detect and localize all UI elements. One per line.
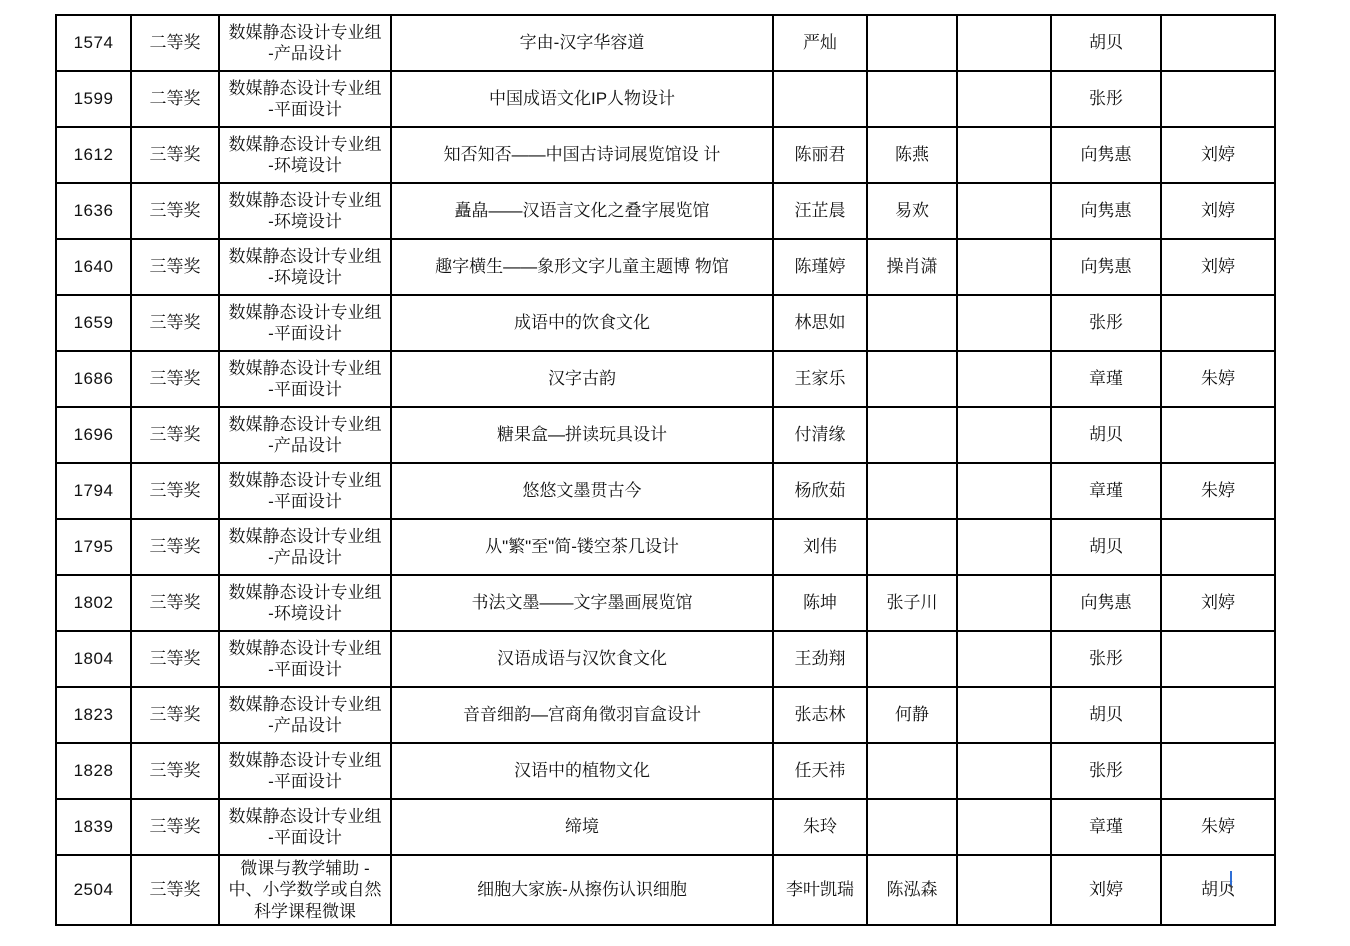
author-2-cell[interactable]: 陈燕 bbox=[867, 127, 957, 183]
author-1-cell[interactable]: 严灿 bbox=[773, 15, 867, 71]
table-row: 1659 三等奖 数媒静态设计专业组 -平面设计 成语中的饮食文化 林思如 张彤 bbox=[56, 295, 1275, 351]
award-level-cell[interactable]: 三等奖 bbox=[131, 351, 219, 407]
award-level-cell[interactable]: 三等奖 bbox=[131, 183, 219, 239]
table-row: 1794 三等奖 数媒静态设计专业组 -平面设计 悠悠文墨贯古今 杨欣茹 章瑾 … bbox=[56, 463, 1275, 519]
entry-number-cell[interactable]: 1659 bbox=[56, 295, 131, 351]
award-list-table: 1574 二等奖 数媒静态设计专业组 -产品设计 字由-汉字华容道 严灿 胡贝 … bbox=[55, 14, 1276, 926]
empty-cell[interactable] bbox=[957, 239, 1051, 295]
author-1-cell[interactable]: 杨欣茹 bbox=[773, 463, 867, 519]
advisor-1-cell[interactable]: 张彤 bbox=[1051, 71, 1161, 127]
author-1-cell[interactable]: 汪芷晨 bbox=[773, 183, 867, 239]
author-1-cell[interactable]: 李叶凯瑞 bbox=[773, 855, 867, 925]
category-cell[interactable]: 数媒静态设计专业组 -平面设计 bbox=[219, 295, 391, 351]
entry-number-cell[interactable]: 1696 bbox=[56, 407, 131, 463]
table-row: 2504 三等奖 微课与教学辅助 - 中、小学数学或自然 科学课程微课 细胞大家… bbox=[56, 855, 1275, 925]
author-1-cell[interactable]: 陈坤 bbox=[773, 575, 867, 631]
empty-cell[interactable] bbox=[957, 71, 1051, 127]
advisor-2-cell[interactable]: 刘婷 bbox=[1161, 239, 1275, 295]
author-2-cell[interactable] bbox=[867, 295, 957, 351]
advisor-2-cell[interactable] bbox=[1161, 631, 1275, 687]
category-cell[interactable]: 数媒静态设计专业组 -平面设计 bbox=[219, 463, 391, 519]
table-row: 1823 三等奖 数媒静态设计专业组 -产品设计 音音细韵—宫商角徵羽盲盒设计 … bbox=[56, 687, 1275, 743]
author-1-cell[interactable]: 朱玲 bbox=[773, 799, 867, 855]
table-row: 1804 三等奖 数媒静态设计专业组 -平面设计 汉语成语与汉饮食文化 王劲翔 … bbox=[56, 631, 1275, 687]
table-row: 1612 三等奖 数媒静态设计专业组 -环境设计 知否知否——中国古诗词展览馆设… bbox=[56, 127, 1275, 183]
work-title-cell[interactable]: 成语中的饮食文化 bbox=[391, 295, 773, 351]
author-2-cell[interactable]: 易欢 bbox=[867, 183, 957, 239]
author-2-cell[interactable] bbox=[867, 15, 957, 71]
category-cell[interactable]: 数媒静态设计专业组 -环境设计 bbox=[219, 183, 391, 239]
table-row: 1828 三等奖 数媒静态设计专业组 -平面设计 汉语中的植物文化 任天祎 张彤 bbox=[56, 743, 1275, 799]
author-2-cell[interactable] bbox=[867, 71, 957, 127]
work-title-cell[interactable]: 中国成语文化IP人物设计 bbox=[391, 71, 773, 127]
advisor-2-cell[interactable]: 刘婷 bbox=[1161, 127, 1275, 183]
table-row: 1795 三等奖 数媒静态设计专业组 -产品设计 从"繁"至"简-镂空茶几设计 … bbox=[56, 519, 1275, 575]
work-title-cell[interactable]: 细胞大家族-从擦伤认识细胞 bbox=[391, 855, 773, 925]
author-1-cell[interactable]: 刘伟 bbox=[773, 519, 867, 575]
author-2-cell[interactable] bbox=[867, 407, 957, 463]
table-row: 1640 三等奖 数媒静态设计专业组 -环境设计 趣字横生——象形文字儿童主题博… bbox=[56, 239, 1275, 295]
advisor-2-cell[interactable] bbox=[1161, 743, 1275, 799]
entry-number-cell[interactable]: 1795 bbox=[56, 519, 131, 575]
category-cell[interactable]: 数媒静态设计专业组 -产品设计 bbox=[219, 687, 391, 743]
work-title-cell[interactable]: 矗皛——汉语言文化之叠字展览馆 bbox=[391, 183, 773, 239]
entry-number-cell[interactable]: 1839 bbox=[56, 799, 131, 855]
author-2-cell[interactable] bbox=[867, 463, 957, 519]
author-1-cell[interactable]: 王劲翔 bbox=[773, 631, 867, 687]
advisor-2-cell[interactable]: 朱婷 bbox=[1161, 799, 1275, 855]
work-title-cell[interactable]: 汉字古韵 bbox=[391, 351, 773, 407]
work-title-cell[interactable]: 书法文墨——文字墨画展览馆 bbox=[391, 575, 773, 631]
advisor-1-cell[interactable]: 向隽惠 bbox=[1051, 575, 1161, 631]
advisor-1-cell[interactable]: 向隽惠 bbox=[1051, 239, 1161, 295]
author-1-cell[interactable]: 陈瑾婷 bbox=[773, 239, 867, 295]
empty-cell[interactable] bbox=[957, 743, 1051, 799]
advisor-2-cell[interactable]: 胡贝 bbox=[1161, 855, 1275, 925]
category-cell[interactable]: 数媒静态设计专业组 -平面设计 bbox=[219, 743, 391, 799]
category-cell[interactable]: 数媒静态设计专业组 -平面设计 bbox=[219, 799, 391, 855]
work-title-cell[interactable]: 知否知否——中国古诗词展览馆设 计 bbox=[391, 127, 773, 183]
advisor-1-cell[interactable]: 胡贝 bbox=[1051, 687, 1161, 743]
award-level-cell[interactable]: 三等奖 bbox=[131, 463, 219, 519]
award-level-cell[interactable]: 三等奖 bbox=[131, 799, 219, 855]
award-level-cell[interactable]: 三等奖 bbox=[131, 687, 219, 743]
award-level-cell[interactable]: 二等奖 bbox=[131, 15, 219, 71]
advisor-2-cell[interactable]: 朱婷 bbox=[1161, 463, 1275, 519]
entry-number-cell[interactable]: 1640 bbox=[56, 239, 131, 295]
award-level-cell[interactable]: 三等奖 bbox=[131, 239, 219, 295]
empty-cell[interactable] bbox=[957, 351, 1051, 407]
advisor-1-cell[interactable]: 章瑾 bbox=[1051, 463, 1161, 519]
advisor-1-cell[interactable]: 向隽惠 bbox=[1051, 127, 1161, 183]
entry-number-cell[interactable]: 1636 bbox=[56, 183, 131, 239]
table-row: 1696 三等奖 数媒静态设计专业组 -产品设计 糖果盒—拼读玩具设计 付清缘 … bbox=[56, 407, 1275, 463]
entry-number-cell[interactable]: 1804 bbox=[56, 631, 131, 687]
advisor-1-cell[interactable]: 刘婷 bbox=[1051, 855, 1161, 925]
entry-number-cell[interactable]: 2504 bbox=[56, 855, 131, 925]
work-title-cell[interactable]: 悠悠文墨贯古今 bbox=[391, 463, 773, 519]
work-title-cell[interactable]: 趣字横生——象形文字儿童主题博 物馆 bbox=[391, 239, 773, 295]
entry-number-cell[interactable]: 1612 bbox=[56, 127, 131, 183]
category-cell[interactable]: 数媒静态设计专业组 -产品设计 bbox=[219, 519, 391, 575]
author-2-cell[interactable]: 操肖潇 bbox=[867, 239, 957, 295]
category-cell[interactable]: 微课与教学辅助 - 中、小学数学或自然 科学课程微课 bbox=[219, 855, 391, 925]
empty-cell[interactable] bbox=[957, 799, 1051, 855]
category-cell[interactable]: 数媒静态设计专业组 -环境设计 bbox=[219, 575, 391, 631]
work-title-cell[interactable]: 汉语中的植物文化 bbox=[391, 743, 773, 799]
award-level-cell[interactable]: 三等奖 bbox=[131, 295, 219, 351]
entry-number-cell[interactable]: 1599 bbox=[56, 71, 131, 127]
advisor-2-cell[interactable] bbox=[1161, 295, 1275, 351]
author-1-cell[interactable]: 张志林 bbox=[773, 687, 867, 743]
empty-cell[interactable] bbox=[957, 15, 1051, 71]
advisor-2-cell[interactable]: 刘婷 bbox=[1161, 575, 1275, 631]
advisor-1-cell[interactable]: 张彤 bbox=[1051, 295, 1161, 351]
table-row: 1802 三等奖 数媒静态设计专业组 -环境设计 书法文墨——文字墨画展览馆 陈… bbox=[56, 575, 1275, 631]
category-cell[interactable]: 数媒静态设计专业组 -产品设计 bbox=[219, 15, 391, 71]
work-title-cell[interactable]: 汉语成语与汉饮食文化 bbox=[391, 631, 773, 687]
advisor-1-cell[interactable]: 章瑾 bbox=[1051, 351, 1161, 407]
advisor-2-cell[interactable] bbox=[1161, 519, 1275, 575]
award-level-cell[interactable]: 三等奖 bbox=[131, 575, 219, 631]
award-level-cell[interactable]: 三等奖 bbox=[131, 407, 219, 463]
advisor-1-cell[interactable]: 胡贝 bbox=[1051, 519, 1161, 575]
author-2-cell[interactable]: 何静 bbox=[867, 687, 957, 743]
category-cell[interactable]: 数媒静态设计专业组 -产品设计 bbox=[219, 407, 391, 463]
entry-number-cell[interactable]: 1802 bbox=[56, 575, 131, 631]
work-title-cell[interactable]: 字由-汉字华容道 bbox=[391, 15, 773, 71]
work-title-cell[interactable]: 从"繁"至"简-镂空茶几设计 bbox=[391, 519, 773, 575]
document-page: 1574 二等奖 数媒静态设计专业组 -产品设计 字由-汉字华容道 严灿 胡贝 … bbox=[0, 0, 1350, 946]
category-cell[interactable]: 数媒静态设计专业组 -平面设计 bbox=[219, 631, 391, 687]
entry-number-cell[interactable]: 1686 bbox=[56, 351, 131, 407]
award-level-cell[interactable]: 三等奖 bbox=[131, 631, 219, 687]
advisor-2-cell[interactable] bbox=[1161, 71, 1275, 127]
entry-number-cell[interactable]: 1823 bbox=[56, 687, 131, 743]
advisor-2-cell[interactable] bbox=[1161, 687, 1275, 743]
advisor-2-cell[interactable]: 朱婷 bbox=[1161, 351, 1275, 407]
advisor-1-cell[interactable]: 张彤 bbox=[1051, 743, 1161, 799]
empty-cell[interactable] bbox=[957, 855, 1051, 925]
entry-number-cell[interactable]: 1828 bbox=[56, 743, 131, 799]
author-1-cell[interactable]: 陈丽君 bbox=[773, 127, 867, 183]
empty-cell[interactable] bbox=[957, 575, 1051, 631]
author-2-cell[interactable] bbox=[867, 519, 957, 575]
entry-number-cell[interactable]: 1574 bbox=[56, 15, 131, 71]
empty-cell[interactable] bbox=[957, 183, 1051, 239]
author-1-cell[interactable]: 付清缘 bbox=[773, 407, 867, 463]
empty-cell[interactable] bbox=[957, 463, 1051, 519]
award-level-cell[interactable]: 三等奖 bbox=[131, 743, 219, 799]
award-level-cell[interactable]: 三等奖 bbox=[131, 127, 219, 183]
entry-number-cell[interactable]: 1794 bbox=[56, 463, 131, 519]
empty-cell[interactable] bbox=[957, 407, 1051, 463]
advisor-1-cell[interactable]: 向隽惠 bbox=[1051, 183, 1161, 239]
advisor-1-cell[interactable]: 胡贝 bbox=[1051, 407, 1161, 463]
author-1-cell[interactable]: 任天祎 bbox=[773, 743, 867, 799]
award-level-cell[interactable]: 三等奖 bbox=[131, 519, 219, 575]
author-2-cell[interactable]: 陈泓森 bbox=[867, 855, 957, 925]
work-title-cell[interactable]: 缔境 bbox=[391, 799, 773, 855]
author-2-cell[interactable]: 张子川 bbox=[867, 575, 957, 631]
author-1-cell[interactable] bbox=[773, 71, 867, 127]
empty-cell[interactable] bbox=[957, 519, 1051, 575]
author-2-cell[interactable] bbox=[867, 631, 957, 687]
author-2-cell[interactable] bbox=[867, 351, 957, 407]
award-level-cell[interactable]: 三等奖 bbox=[131, 855, 219, 925]
table-row: 1686 三等奖 数媒静态设计专业组 -平面设计 汉字古韵 王家乐 章瑾 朱婷 bbox=[56, 351, 1275, 407]
award-level-cell[interactable]: 二等奖 bbox=[131, 71, 219, 127]
table-row: 1599 二等奖 数媒静态设计专业组 -平面设计 中国成语文化IP人物设计 张彤 bbox=[56, 71, 1275, 127]
advisor-2-cell[interactable]: 刘婷 bbox=[1161, 183, 1275, 239]
author-2-cell[interactable] bbox=[867, 743, 957, 799]
author-2-cell[interactable] bbox=[867, 799, 957, 855]
author-1-cell[interactable]: 林思如 bbox=[773, 295, 867, 351]
work-title-cell[interactable]: 糖果盒—拼读玩具设计 bbox=[391, 407, 773, 463]
table-row: 1839 三等奖 数媒静态设计专业组 -平面设计 缔境 朱玲 章瑾 朱婷 bbox=[56, 799, 1275, 855]
category-cell[interactable]: 数媒静态设计专业组 -平面设计 bbox=[219, 71, 391, 127]
advisor-1-cell[interactable]: 胡贝 bbox=[1051, 15, 1161, 71]
empty-cell[interactable] bbox=[957, 631, 1051, 687]
empty-cell[interactable] bbox=[957, 687, 1051, 743]
author-1-cell[interactable]: 王家乐 bbox=[773, 351, 867, 407]
advisor-2-cell[interactable] bbox=[1161, 15, 1275, 71]
advisor-1-cell[interactable]: 章瑾 bbox=[1051, 799, 1161, 855]
category-cell[interactable]: 数媒静态设计专业组 -平面设计 bbox=[219, 351, 391, 407]
category-cell[interactable]: 数媒静态设计专业组 -环境设计 bbox=[219, 239, 391, 295]
table-row: 1574 二等奖 数媒静态设计专业组 -产品设计 字由-汉字华容道 严灿 胡贝 bbox=[56, 15, 1275, 71]
category-cell[interactable]: 数媒静态设计专业组 -环境设计 bbox=[219, 127, 391, 183]
empty-cell[interactable] bbox=[957, 127, 1051, 183]
work-title-cell[interactable]: 音音细韵—宫商角徵羽盲盒设计 bbox=[391, 687, 773, 743]
advisor-1-cell[interactable]: 张彤 bbox=[1051, 631, 1161, 687]
table-row: 1636 三等奖 数媒静态设计专业组 -环境设计 矗皛——汉语言文化之叠字展览馆… bbox=[56, 183, 1275, 239]
empty-cell[interactable] bbox=[957, 295, 1051, 351]
advisor-2-cell[interactable] bbox=[1161, 407, 1275, 463]
